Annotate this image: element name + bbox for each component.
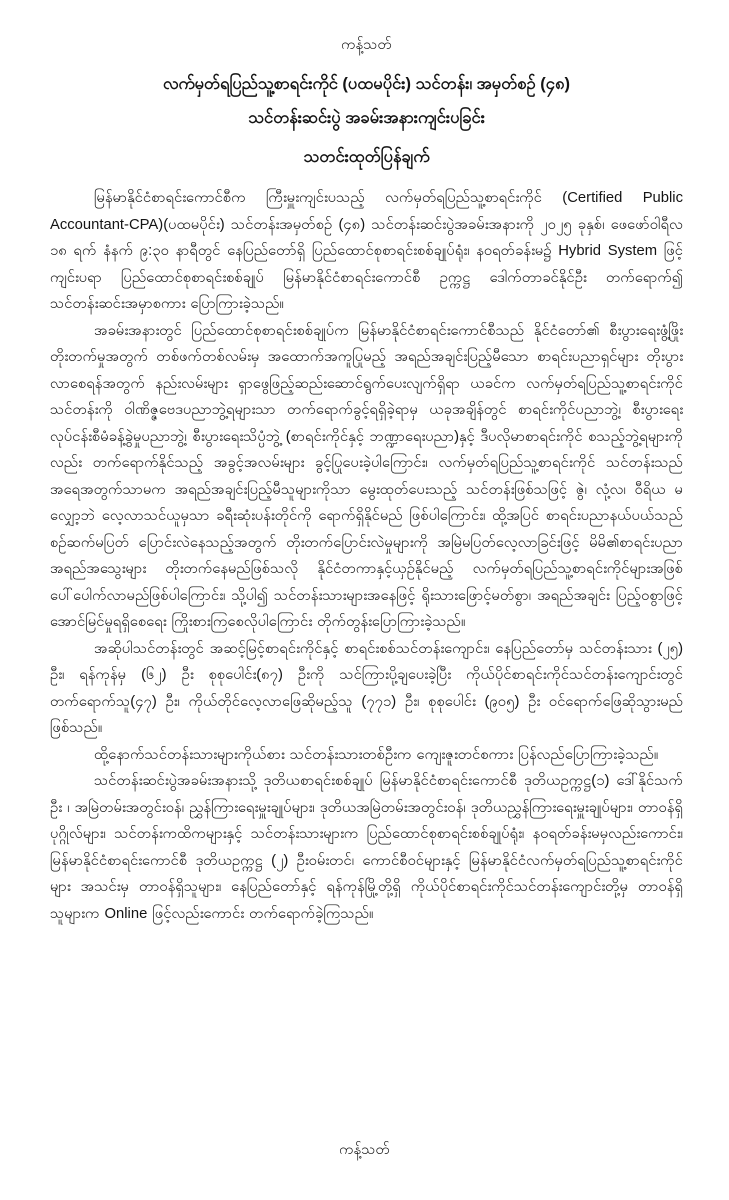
- body-paragraph-2: အခမ်းအနားတွင် ပြည်ထောင်စုစာရင်းစစ်ချုပ်က…: [50, 318, 683, 636]
- body-paragraph-4: ထို့နောက်သင်တန်းသားများကိုယ်စား သင်တန်းသ…: [50, 742, 683, 769]
- body-paragraph-5: သင်တန်းဆင်းပွဲအခမ်းအနားသို့ ဒုတိယစာရင်းစ…: [50, 768, 683, 927]
- classification-header: ကန့်သတ်: [50, 36, 683, 57]
- body-paragraph-1: မြန်မာနိုင်ငံစာရင်းကောင်စီက ကြီးမှူးကျင်…: [50, 185, 683, 318]
- document-title-line-1: လက်မှတ်ရပြည်သူ့စာရင်းကိုင် (ပထမပိုင်း) သ…: [50, 67, 683, 101]
- document-title-line-2: သင်တန်းဆင်းပွဲ အခမ်းအနားကျင်းပခြင်း: [50, 101, 683, 135]
- document-title: လက်မှတ်ရပြည်သူ့စာရင်းကိုင် (ပထမပိုင်း) သ…: [50, 67, 683, 135]
- document-body: မြန်မာနိုင်ငံစာရင်းကောင်စီက ကြီးမှူးကျင်…: [50, 185, 683, 927]
- press-release-heading: သတင်းထုတ်ပြန်ချက်: [50, 147, 683, 171]
- classification-footer: ကန့်သတ်: [0, 1141, 729, 1162]
- body-paragraph-3: အဆိုပါသင်တန်းတွင် အဆင့်မြင့်စာရင်းကိုင်န…: [50, 636, 683, 742]
- document-page: ကန့်သတ် လက်မှတ်ရပြည်သူ့စာရင်းကိုင် (ပထမပ…: [0, 0, 729, 1200]
